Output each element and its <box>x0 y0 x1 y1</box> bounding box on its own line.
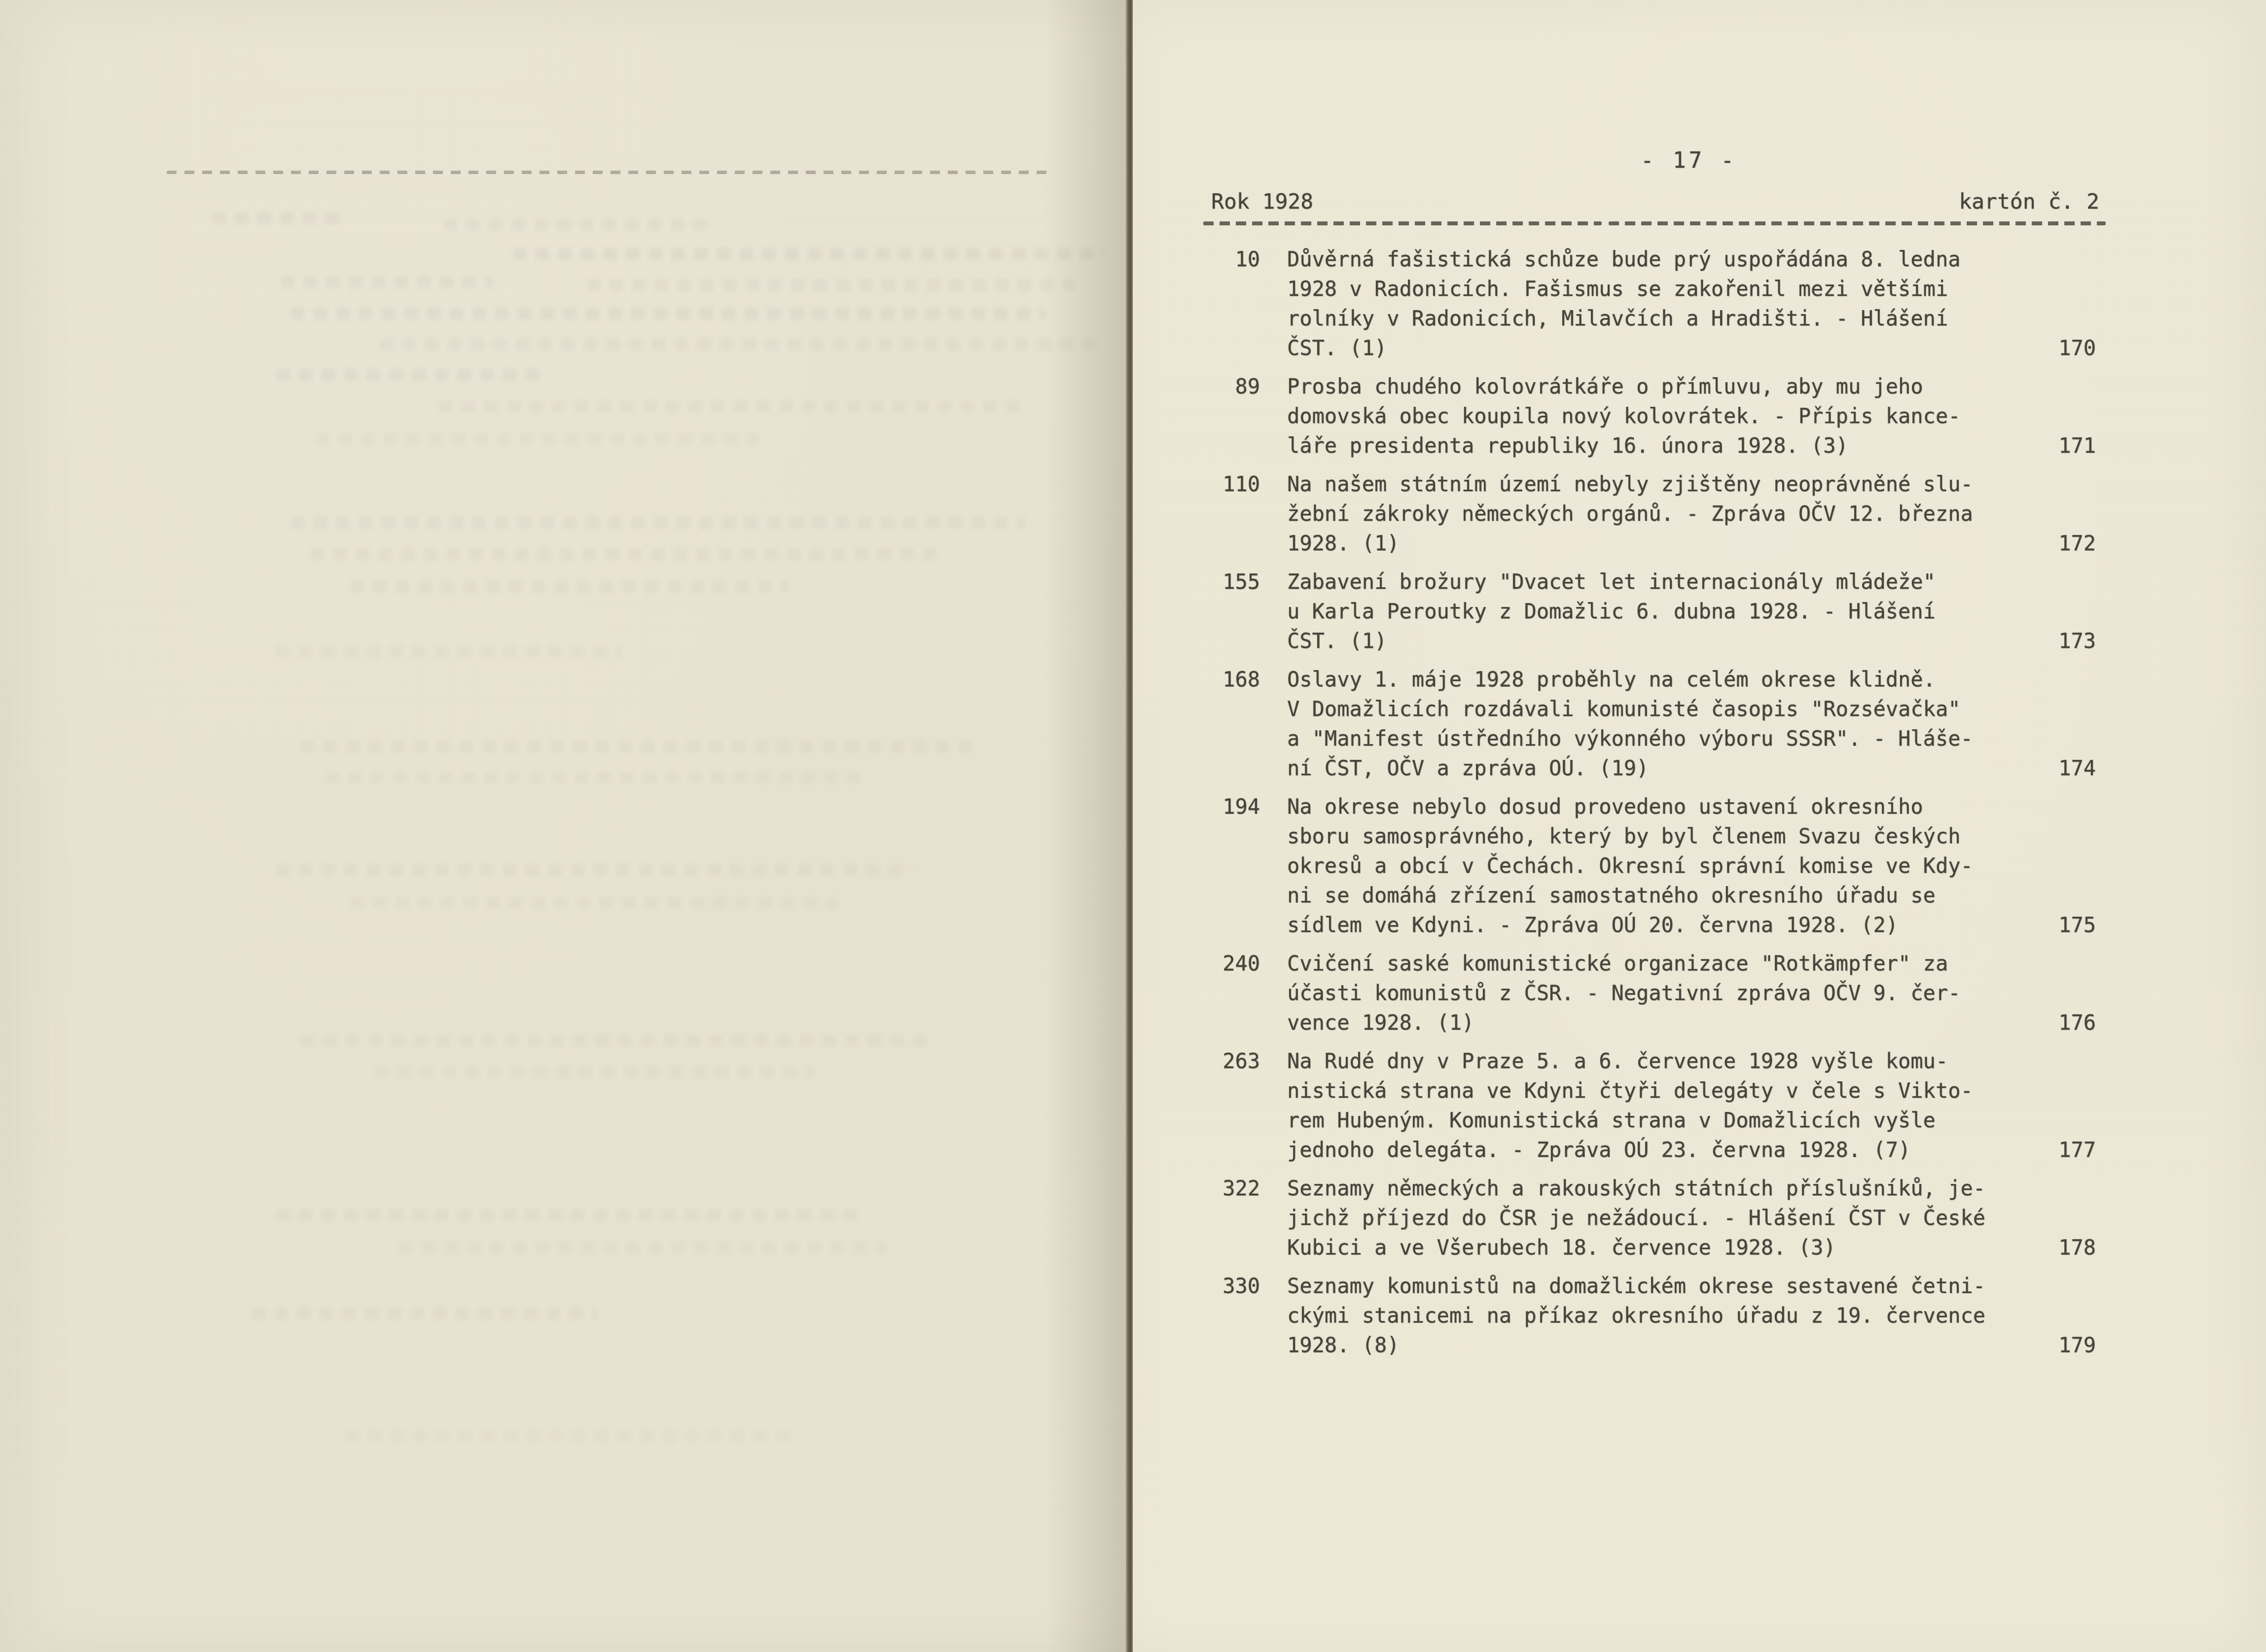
bleed-through-smudge <box>587 279 1075 291</box>
year-heading: Rok 1928 <box>1211 189 1313 214</box>
entry-number: 168 <box>1208 665 1260 783</box>
bleed-through-smudge <box>380 338 1100 350</box>
entry-list: 10 Důvěrná fašistická schůze bude prý us… <box>1208 245 2096 1369</box>
bleed-through-smudge <box>301 741 981 753</box>
bleed-through-smudge <box>439 400 1026 412</box>
entry-number: 155 <box>1208 567 1260 656</box>
bleed-through-smudge <box>316 433 759 445</box>
right-page: - 17 - Rok 1928 kartón č. 2 10 Důvěrná f… <box>1133 0 2266 1652</box>
dashed-rule-right-segment <box>1609 221 2106 225</box>
entry-reference-number: 175 <box>2058 910 2096 940</box>
bleed-through-dashed-line <box>167 171 1054 174</box>
page-number: - 17 - <box>1133 148 2245 173</box>
bleed-through-smudge <box>513 248 1105 260</box>
bleed-through-smudge <box>281 276 493 288</box>
entry-row: 155 Zabavení brožury "Dvacet let interna… <box>1208 567 2096 656</box>
entry-description: Seznamy komunistů na domažlickém okrese … <box>1287 1271 2007 1360</box>
bleed-through-smudge <box>399 1242 888 1254</box>
entry-row: 194 Na okrese nebylo dosud provedeno ust… <box>1208 792 2096 940</box>
entry-reference-number: 178 <box>2058 1233 2096 1262</box>
bleed-through-smudge <box>350 581 789 593</box>
entry-number: 10 <box>1208 245 1260 363</box>
entry-number: 89 <box>1208 372 1260 461</box>
entry-row: 263 Na Rudé dny v Praze 5. a 6. července… <box>1208 1046 2096 1165</box>
bleed-through-smudge <box>350 897 838 908</box>
bleed-through-smudge <box>311 548 947 560</box>
entry-description: Zabavení brožury "Dvacet let internacion… <box>1287 567 2007 656</box>
entry-reference-number: 173 <box>2058 626 2096 656</box>
entry-row: 168 Oslavy 1. máje 1928 proběhly na celé… <box>1208 665 2096 783</box>
entry-number: 263 <box>1208 1046 1260 1165</box>
entry-description: Na okrese nebylo dosud provedeno ustaven… <box>1287 792 2007 940</box>
entry-description: Cvičení saské komunistické organizace "R… <box>1287 949 2007 1038</box>
entry-row: 89 Prosba chudého kolovrátkáře o přímluv… <box>1208 372 2096 461</box>
bleed-through-smudge <box>345 1430 789 1442</box>
entry-row: 110 Na našem státním území nebyly zjiště… <box>1208 469 2096 558</box>
entry-reference-number: 177 <box>2058 1135 2096 1165</box>
entry-description: Seznamy německých a rakouských státních … <box>1287 1174 2007 1262</box>
entry-number: 110 <box>1208 469 1260 558</box>
bleed-through-smudge <box>276 646 621 658</box>
bleed-through-smudge <box>291 517 1026 529</box>
entry-description: Oslavy 1. máje 1928 proběhly na celém ok… <box>1287 665 2007 783</box>
entry-reference-number: 179 <box>2058 1330 2096 1360</box>
gutter-shadow-left <box>1044 0 1126 1652</box>
entry-number: 330 <box>1208 1271 1260 1360</box>
bleed-through-smudge <box>325 772 863 784</box>
entry-description: Důvěrná fašistická schůze bude prý uspoř… <box>1287 245 2007 363</box>
entry-row: 322 Seznamy německých a rakouských státn… <box>1208 1174 2096 1262</box>
entry-row: 240 Cvičení saské komunistické organizac… <box>1208 949 2096 1038</box>
entry-number: 194 <box>1208 792 1260 940</box>
entry-number: 240 <box>1208 949 1260 1038</box>
entry-description: Na našem státním území nebyly zjištěny n… <box>1287 469 2007 558</box>
entry-reference-number: 174 <box>2058 754 2096 783</box>
left-page <box>0 0 1126 1652</box>
bleed-through-smudge <box>252 1308 597 1320</box>
entry-row: 330 Seznamy komunistů na domažlickém okr… <box>1208 1271 2096 1360</box>
bleed-through-smudge <box>375 1066 814 1078</box>
entry-row: 10 Důvěrná fašistická schůze bude prý us… <box>1208 245 2096 363</box>
entry-description: Prosba chudého kolovrátkáře o přímluvu, … <box>1287 372 2007 461</box>
archive-book-scan: - 17 - Rok 1928 kartón č. 2 10 Důvěrná f… <box>0 0 2266 1652</box>
carton-heading: kartón č. 2 <box>1959 189 2099 214</box>
bleed-through-smudge <box>301 1035 937 1046</box>
bleed-through-smudge <box>212 212 345 224</box>
entry-number: 322 <box>1208 1174 1260 1262</box>
entry-reference-number: 170 <box>2058 333 2096 363</box>
bleed-through-smudge <box>276 369 542 381</box>
dashed-rule-left-segment <box>1203 221 1602 225</box>
bleed-through-smudge <box>444 218 710 230</box>
bleed-through-smudge <box>291 308 1045 320</box>
bleed-through-smudge <box>276 1209 863 1221</box>
bleed-through-smudge <box>276 864 912 876</box>
entry-description: Na Rudé dny v Praze 5. a 6. července 192… <box>1287 1046 2007 1165</box>
entry-reference-number: 176 <box>2058 1008 2096 1038</box>
entry-reference-number: 172 <box>2058 529 2096 558</box>
entry-reference-number: 171 <box>2058 431 2096 461</box>
